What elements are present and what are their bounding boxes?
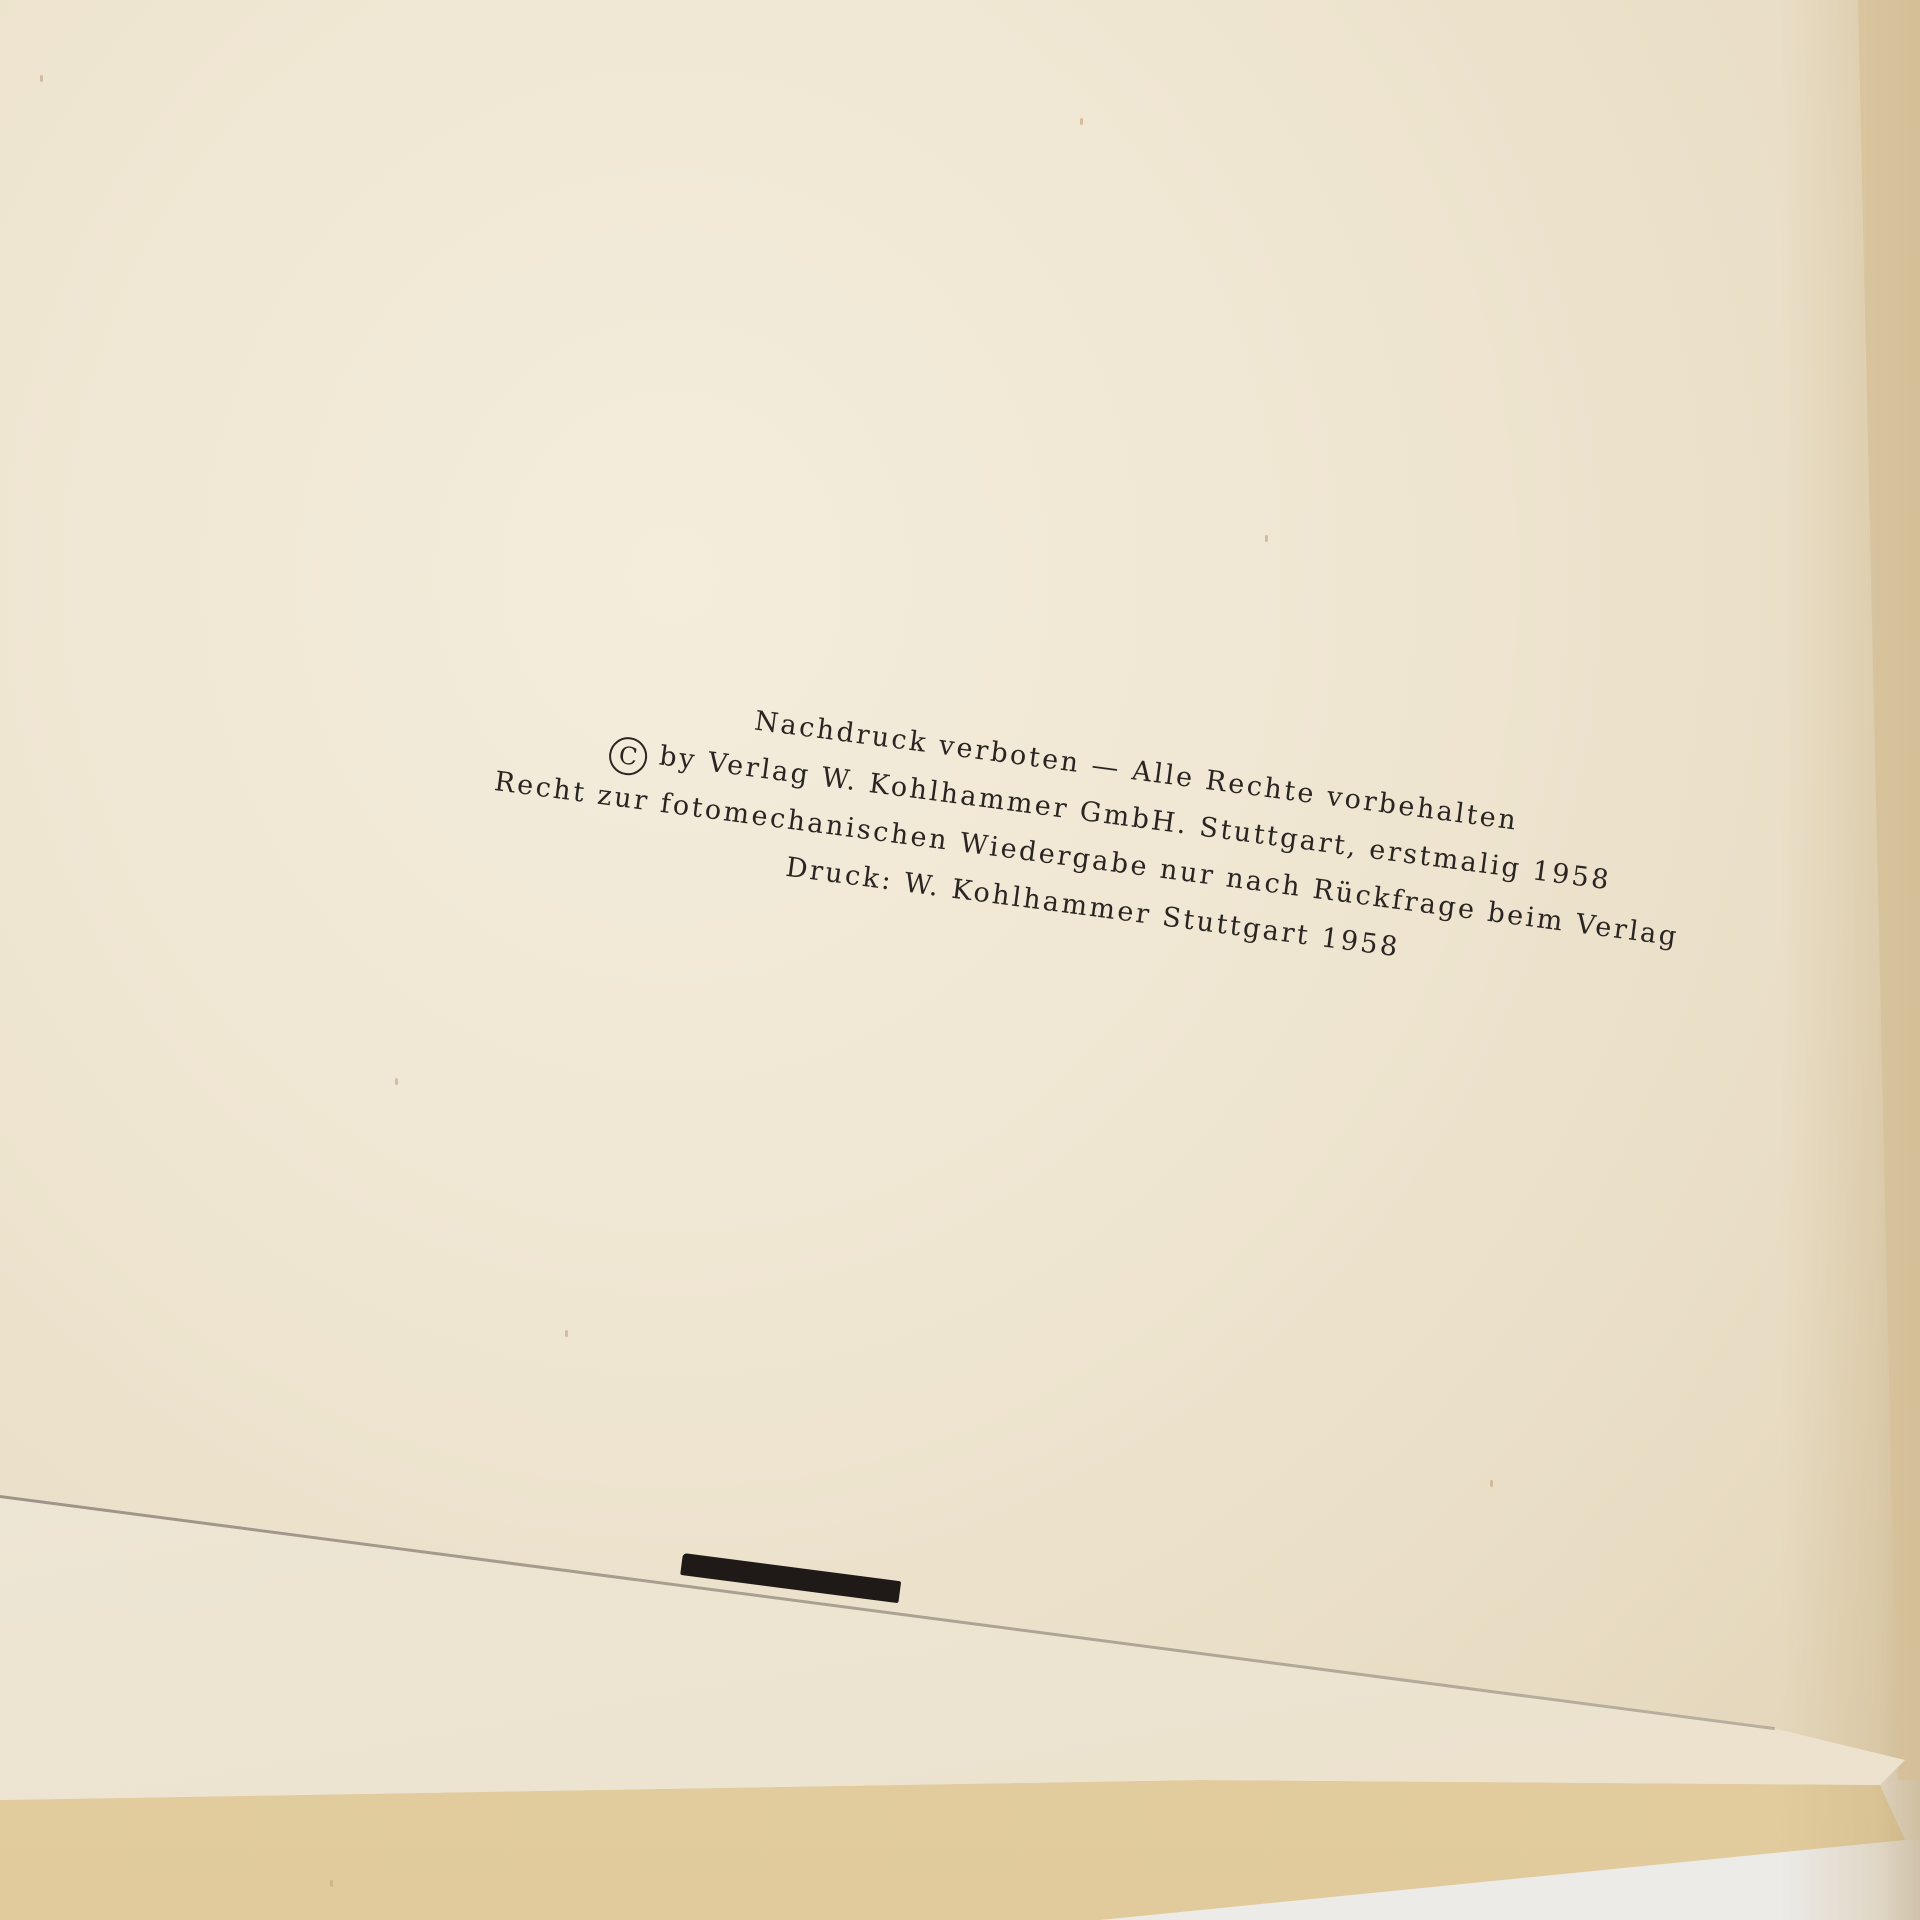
- paper-speck: [40, 75, 43, 82]
- paper-speck: [565, 1330, 568, 1337]
- paper-speck: [1490, 1480, 1493, 1487]
- photo-scene: Nachdruck verboten — Alle Rechte vorbeha…: [0, 0, 1920, 1920]
- paper-speck: [330, 1880, 333, 1887]
- paper-speck: [1265, 535, 1268, 542]
- paper-speck: [395, 1078, 398, 1085]
- paper-speck: [1080, 118, 1083, 125]
- copyright-icon: C: [607, 735, 650, 778]
